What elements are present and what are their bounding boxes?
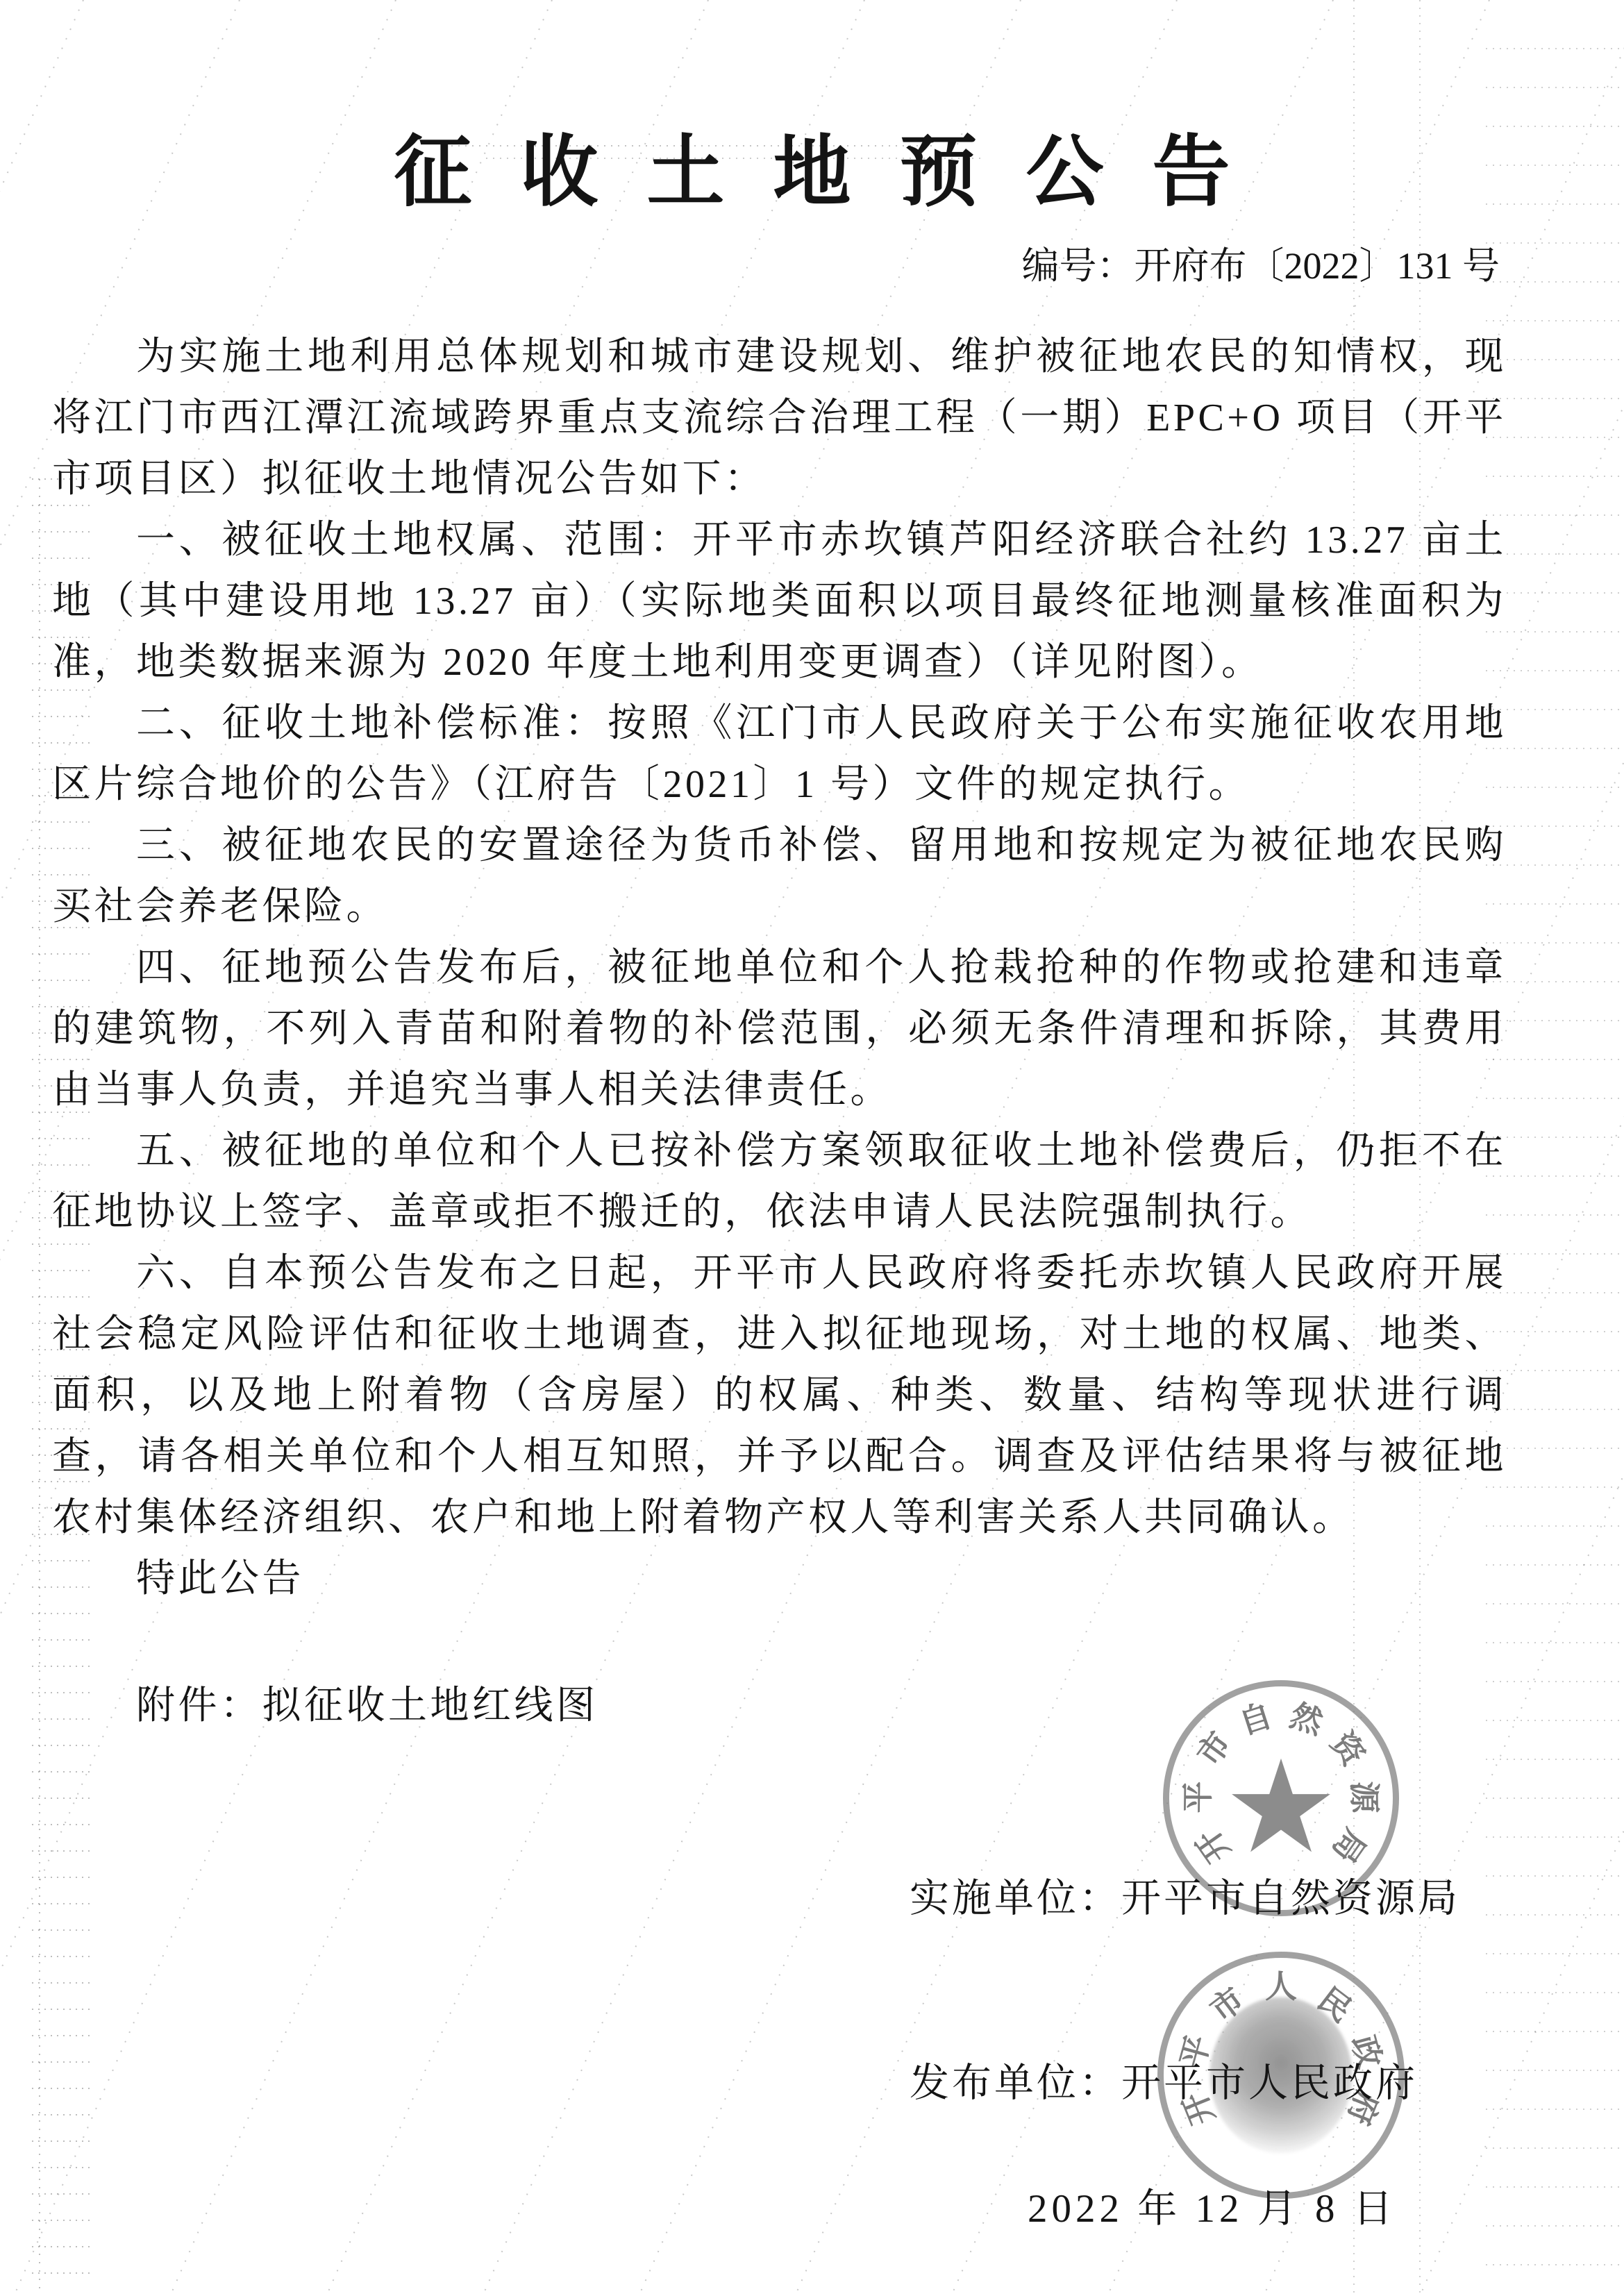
body-paragraph: 特此公告 bbox=[52, 1548, 1507, 1609]
document-number: 编号：开府布〔2022〕131 号 bbox=[1022, 236, 1500, 290]
star-icon: ★ bbox=[1223, 1743, 1339, 1871]
seal-arc-character: 平 bbox=[1173, 1781, 1219, 1813]
seal-arc-character: 人 bbox=[1265, 1961, 1297, 2007]
date-line: 2022 年 12 月 8 日 bbox=[1028, 2177, 1397, 2234]
body-paragraph: 为实施土地利用总体规划和城市建设规划、维护被征地农民的知情权，现将江门市西江潭江… bbox=[52, 326, 1507, 510]
implement-unit-line: 实施单位：开平市自然资源局 bbox=[910, 1866, 1460, 1923]
body-paragraph: 四、征地预公告发布后，被征地单位和个人抢栽抢种的作物或抢建和违章的建筑物，不列入… bbox=[52, 937, 1507, 1121]
publish-unit-line: 发布单位：开平市人民政府 bbox=[910, 2051, 1418, 2108]
body-paragraph: 五、被征地的单位和个人已按补偿方案领取征收土地补偿费后，仍拒不在征地协议上签字、… bbox=[52, 1121, 1507, 1243]
body-paragraph: 二、征收土地补偿标准：按照《江门市人民政府关于公布实施征收农用地区片综合地价的公… bbox=[52, 693, 1507, 815]
body-paragraph: 六、自本预公告发布之日起，开平市人民政府将委托赤坎镇人民政府开展社会稳定风险评估… bbox=[52, 1243, 1507, 1548]
attachment-line: 附件：拟征收土地红线图 bbox=[136, 1675, 598, 1730]
seal-arc-character: 源 bbox=[1343, 1781, 1390, 1813]
body-paragraph: 三、被征地农民的安置途径为货币补偿、留用地和按规定为被征地农民购买社会养老保险。 bbox=[52, 815, 1507, 937]
announcement-document-page: 征收土地预公告 编号：开府布〔2022〕131 号 为实施土地利用总体规划和城市… bbox=[0, 0, 1624, 2296]
document-body: 为实施土地利用总体规划和城市建设规划、维护被征地农民的知情权，现将江门市西江潭江… bbox=[52, 326, 1507, 1609]
document-title: 征收土地预公告 bbox=[0, 110, 1624, 221]
body-paragraph: 一、被征收土地权属、范围：开平市赤坎镇芦阳经济联合社约 13.27 亩土地（其中… bbox=[52, 510, 1507, 693]
